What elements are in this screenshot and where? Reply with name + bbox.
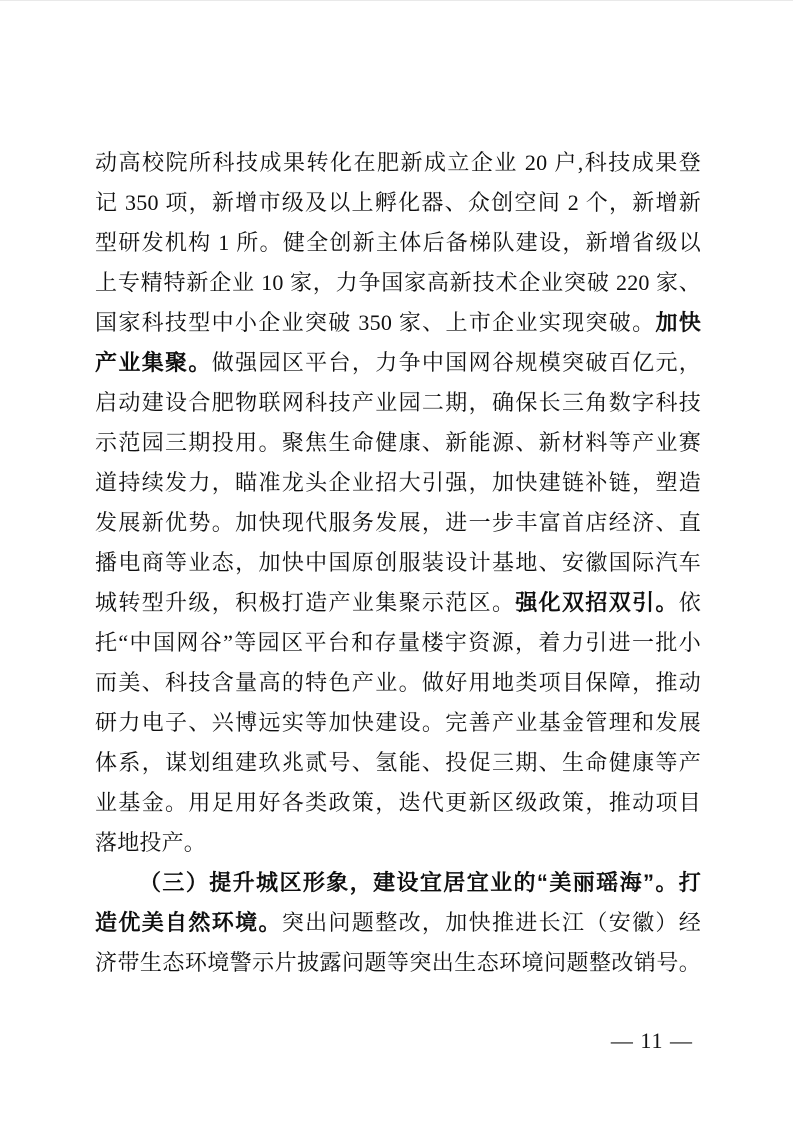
body-text: 播电商等业态，加快中国原创服装设计基地、安徽国际汽车: [95, 550, 701, 575]
body-text: 突出问题整改，加快推进长江（安徽）经: [282, 910, 701, 935]
body-text: 启动建设合肥物联网科技产业园二期，确保长三角数字科技: [95, 390, 701, 415]
text-line: 落地投产。: [95, 823, 701, 863]
body-text: 体系，谋划组建玖兆贰号、氢能、投促三期、生命健康等产: [95, 750, 701, 775]
body-text: 做强园区平台，力争中国网谷规模突破百亿元，: [212, 350, 701, 375]
text-line: 研力电子、兴博远实等加快建设。完善产业基金管理和发展: [95, 703, 701, 743]
text-line: 记 350 项，新增市级及以上孵化器、众创空间 2 个，新增新: [95, 183, 701, 223]
emphasis-text: 造优美自然环境。: [95, 910, 282, 935]
emphasis-text: 产业集聚。: [95, 350, 212, 375]
page-number: — 11 —: [611, 1027, 693, 1055]
body-text: 依: [679, 590, 701, 615]
text-line: 国家科技型中小企业突破 350 家、上市企业实现突破。加快: [95, 303, 701, 343]
body-text: 国家科技型中小企业突破 350 家、上市企业实现突破。: [95, 310, 655, 335]
body-text: 道持续发力，瞄准龙头企业招大引强，加快建链补链，塑造: [95, 470, 701, 495]
body-text: 动高校院所科技成果转化在肥新成立企业 20 户,科技成果登: [95, 150, 701, 175]
text-line: 发展新优势。加快现代服务发展，进一步丰富首店经济、直: [95, 503, 701, 543]
body-text: 托“中国网谷”等园区平台和存量楼宇资源，着力引进一批小: [95, 630, 701, 655]
emphasis-text: 强化双招双引。: [515, 590, 678, 615]
text-line: 体系，谋划组建玖兆贰号、氢能、投促三期、生命健康等产: [95, 743, 701, 783]
text-line: 济带生态环境警示片披露问题等突出生态环境问题整改销号。: [95, 943, 701, 983]
body-text: 示范园三期投用。聚焦生命健康、新能源、新材料等产业赛: [95, 430, 701, 455]
text-line: 动高校院所科技成果转化在肥新成立企业 20 户,科技成果登: [95, 143, 701, 183]
text-line: 示范园三期投用。聚焦生命健康、新能源、新材料等产业赛: [95, 423, 701, 463]
body-text: 落地投产。: [95, 830, 206, 855]
text-line: 造优美自然环境。突出问题整改，加快推进长江（安徽）经: [95, 903, 701, 943]
text-line: 而美、科技含量高的特色产业。做好用地类项目保障，推动: [95, 663, 701, 703]
body-text: 济带生态环境警示片披露问题等突出生态环境问题整改销号。: [95, 950, 701, 975]
body-text: 型研发机构 1 所。健全创新主体后备梯队建设，新增省级以: [95, 230, 701, 255]
text-line: 上专精特新企业 10 家，力争国家高新技术企业突破 220 家、: [95, 263, 701, 303]
body-text: 研力电子、兴博远实等加快建设。完善产业基金管理和发展: [95, 710, 701, 735]
document-page: 动高校院所科技成果转化在肥新成立企业 20 户,科技成果登记 350 项，新增市…: [0, 0, 793, 1122]
text-line: 播电商等业态，加快中国原创服装设计基地、安徽国际汽车: [95, 543, 701, 583]
body-text: 城转型升级，积极打造产业集聚示范区。: [95, 590, 515, 615]
text-line: （三）提升城区形象，建设宜居宜业的“美丽瑶海”。打: [95, 863, 701, 903]
emphasis-text: 加快: [655, 310, 701, 335]
text-line: 业基金。用足用好各类政策，迭代更新区级政策，推动项目: [95, 783, 701, 823]
body-text: 上专精特新企业 10 家，力争国家高新技术企业突破 220 家、: [95, 270, 701, 295]
text-line: 城转型升级，积极打造产业集聚示范区。强化双招双引。依: [95, 583, 701, 623]
text-line: 托“中国网谷”等园区平台和存量楼宇资源，着力引进一批小: [95, 623, 701, 663]
body-text: 发展新优势。加快现代服务发展，进一步丰富首店经济、直: [95, 510, 701, 535]
text-line: 道持续发力，瞄准龙头企业招大引强，加快建链补链，塑造: [95, 463, 701, 503]
body-text: 业基金。用足用好各类政策，迭代更新区级政策，推动项目: [95, 790, 701, 815]
body-text: 而美、科技含量高的特色产业。做好用地类项目保障，推动: [95, 670, 701, 695]
body-text: 记 350 项，新增市级及以上孵化器、众创空间 2 个，新增新: [95, 190, 701, 215]
text-line: 启动建设合肥物联网科技产业园二期，确保长三角数字科技: [95, 383, 701, 423]
document-body: 动高校院所科技成果转化在肥新成立企业 20 户,科技成果登记 350 项，新增市…: [95, 143, 701, 983]
emphasis-text: （三）提升城区形象，建设宜居宜业的“美丽瑶海”。打: [139, 870, 701, 895]
text-line: 产业集聚。做强园区平台，力争中国网谷规模突破百亿元，: [95, 343, 701, 383]
text-line: 型研发机构 1 所。健全创新主体后备梯队建设，新增省级以: [95, 223, 701, 263]
